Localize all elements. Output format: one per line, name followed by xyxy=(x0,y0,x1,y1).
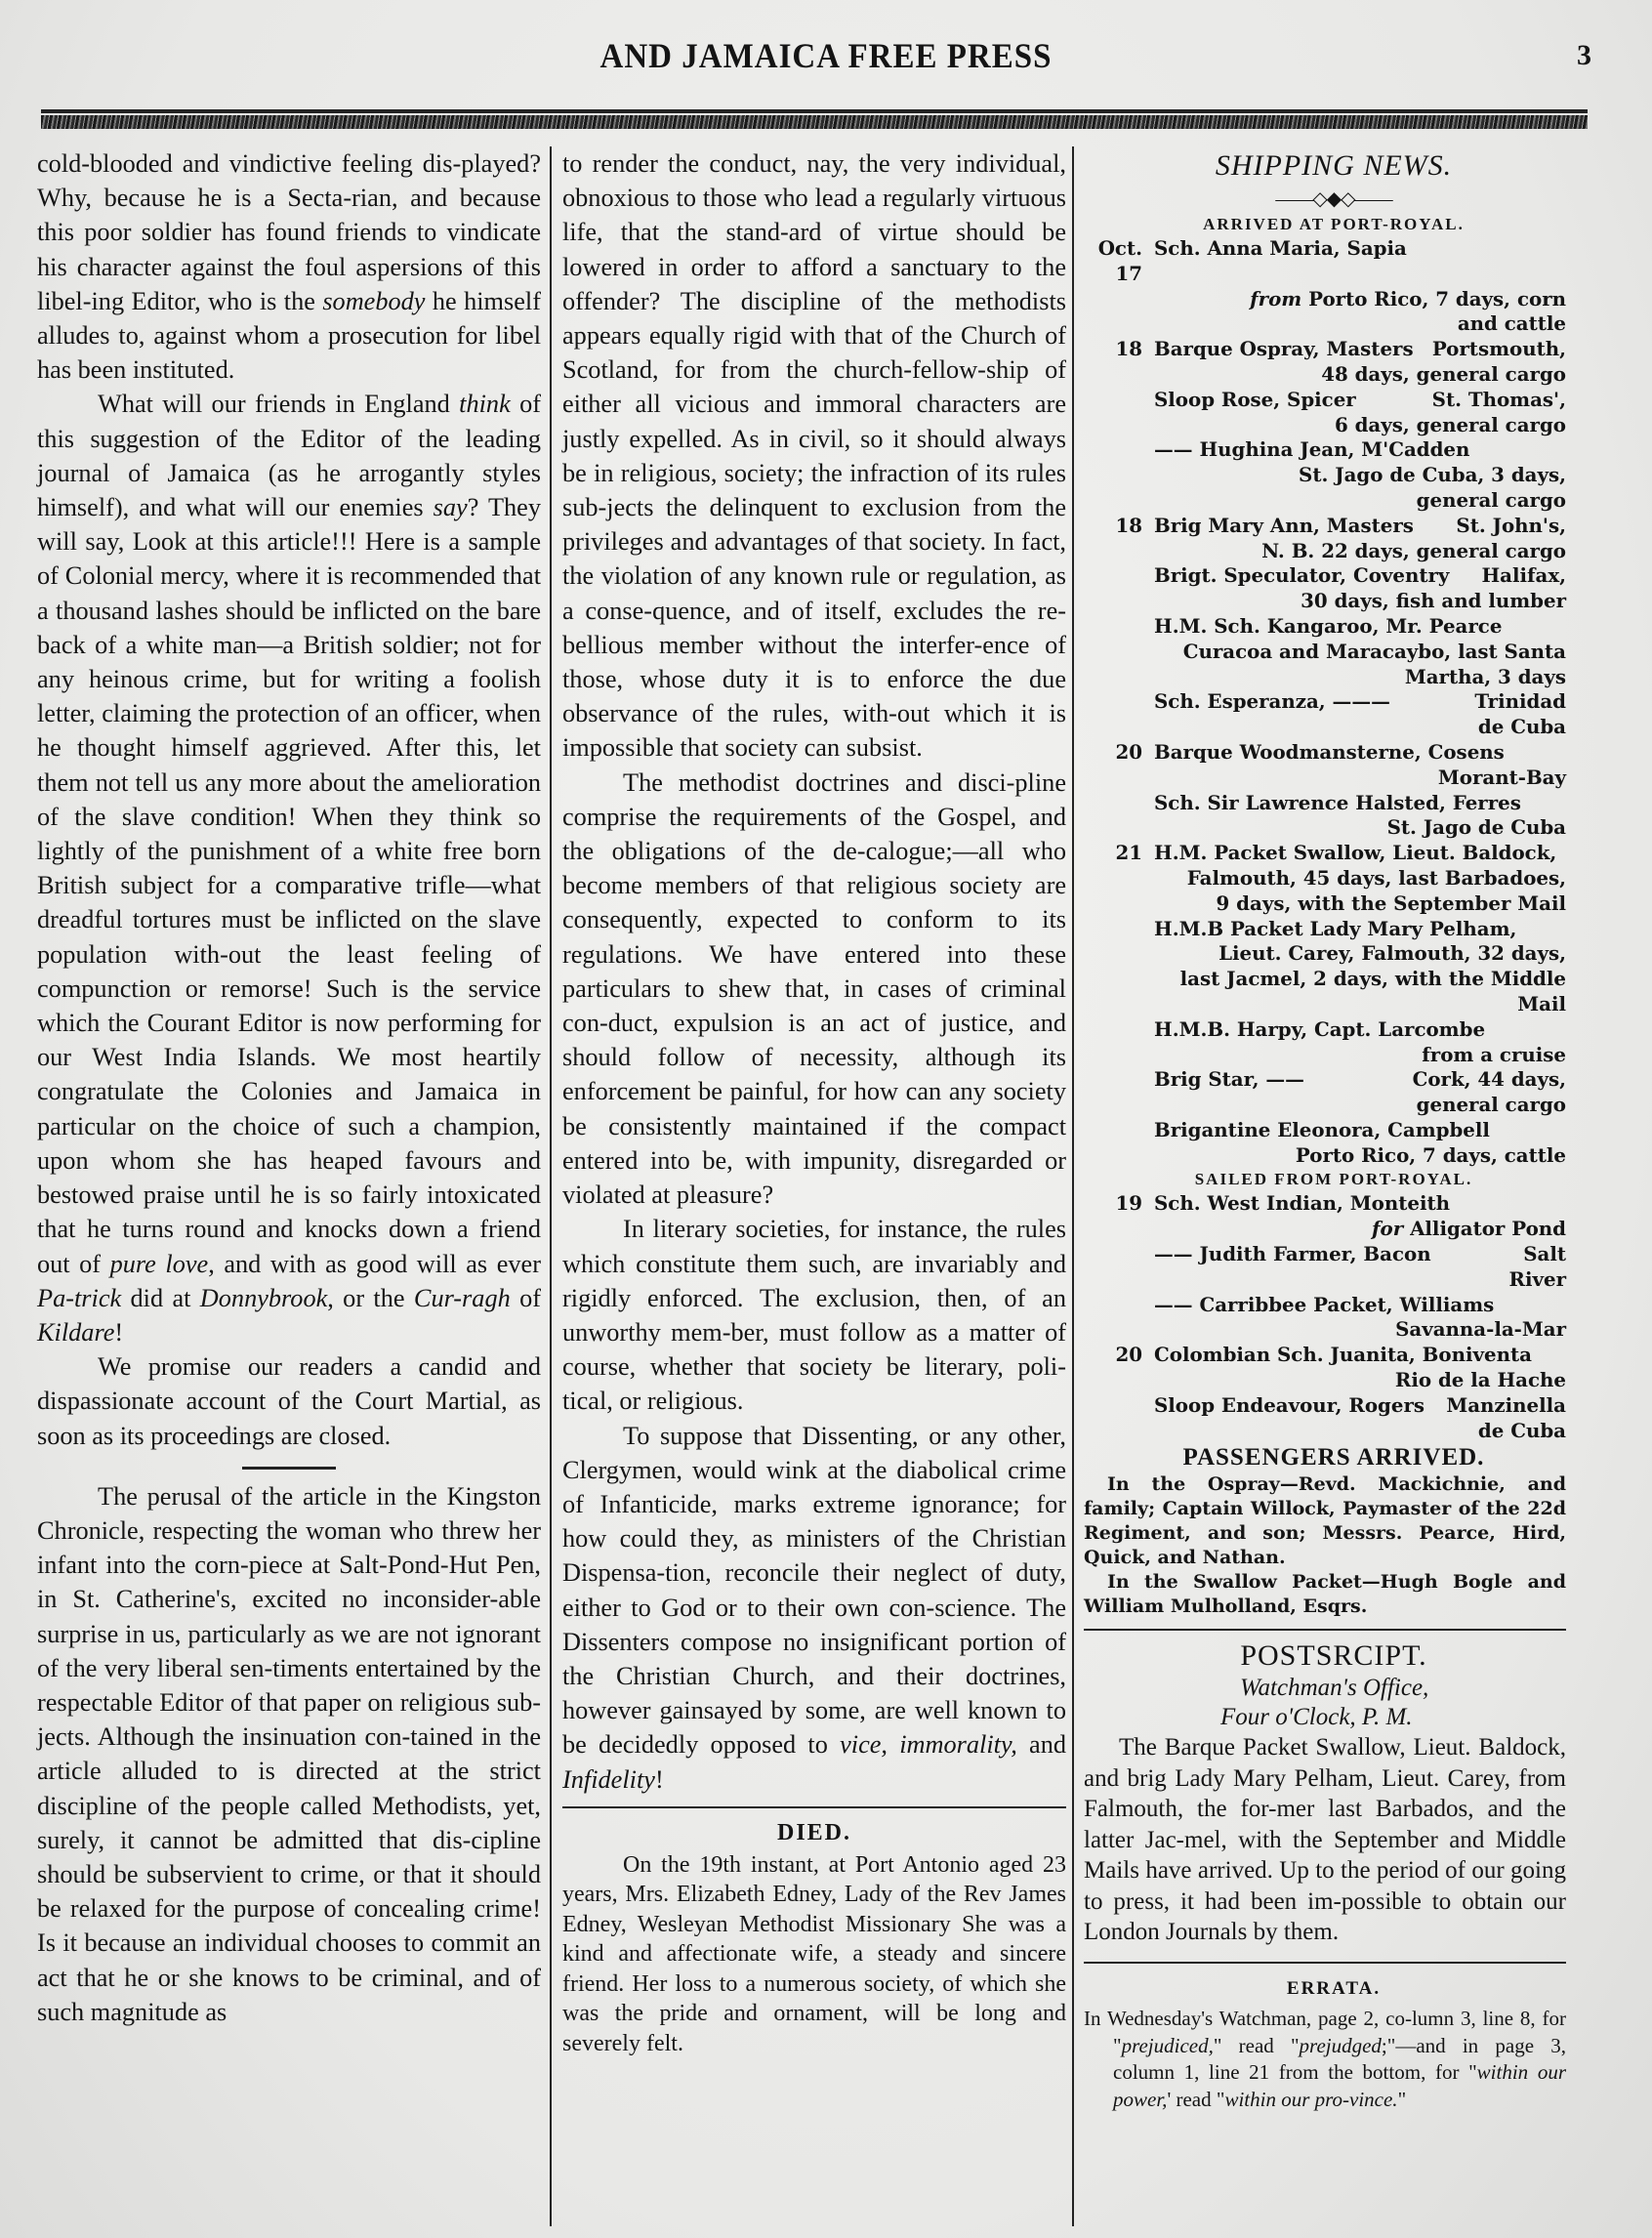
header-rule xyxy=(41,109,1588,113)
arrival-date xyxy=(1084,1067,1154,1093)
arrival-date xyxy=(1084,614,1154,640)
arrival-entry: Sloop Rose, SpicerSt. Thomas',6 days, ge… xyxy=(1084,388,1584,438)
arrival-row: Sch. Esperanza, ———Trinidad xyxy=(1084,689,1584,715)
arrival-vessel-line: H.M. Sch. Kangaroo, Mr. Pearce xyxy=(1154,614,1584,640)
arrival-entry: Sch. Sir Lawrence Halsted, FerresSt. Jag… xyxy=(1084,791,1584,842)
arrival-entry: 21H.M. Packet Swallow, Lieut. Baldock,Fa… xyxy=(1084,841,1584,916)
vessel-name: H.M. Sch. Kangaroo, Mr. Pearce xyxy=(1154,614,1502,640)
for-label: for xyxy=(1372,1217,1410,1240)
passenger-entry: In the Swallow Packet—Hugh Bogle and Wil… xyxy=(1084,1570,1566,1619)
arrival-vessel-line: H.M.B. Harpy, Capt. Larcombe xyxy=(1154,1017,1584,1043)
vessel-name: Sch. Sir Lawrence Halsted, Ferres xyxy=(1154,791,1521,816)
arrival-entry: Brig Star, ——Cork, 44 days,general cargo xyxy=(1084,1067,1584,1118)
arrival-entry: —— Hughina Jean, M'CaddenSt. Jago de Cub… xyxy=(1084,437,1584,513)
departure-entry: —— Carribbee Packet, WilliamsSavanna-la-… xyxy=(1084,1293,1584,1344)
vessel-detail: from a cruise xyxy=(1084,1043,1584,1068)
arrival-entry: Brigt. Speculator, CoventryHalifax,30 da… xyxy=(1084,563,1584,614)
vessel-name: Sloop Rose, Spicer xyxy=(1154,388,1356,413)
vessel-name: Sch. Esperanza, ——— xyxy=(1154,689,1390,715)
postscript-time: Four o'Clock, P. M. xyxy=(1084,1703,1584,1732)
vessel-name: Barque Ospray, Masters xyxy=(1154,337,1414,362)
arrival-vessel-line: Barque Ospray, MastersPortsmouth, xyxy=(1154,337,1584,362)
arrival-date xyxy=(1084,563,1154,589)
errata-heading: ERRATA. xyxy=(1084,1971,1584,2006)
arrival-row: 20Barque Woodmansterne, Cosens xyxy=(1084,740,1584,766)
vessel-name: —— Carribbee Packet, Williams xyxy=(1154,1293,1494,1318)
newspaper-page: AND JAMAICA FREE PRESS 3 cold-blooded an… xyxy=(0,0,1652,2238)
departure-row: 20Colombian Sch. Juanita, Boniventa xyxy=(1084,1343,1584,1368)
vessel-name: Sloop Endeavour, Rogers xyxy=(1154,1393,1425,1419)
arrival-vessel-line: Sch. Esperanza, ———Trinidad xyxy=(1154,689,1584,715)
vessel-destination: Manzinella xyxy=(1446,1393,1566,1419)
masthead-title: AND JAMAICA FREE PRESS xyxy=(0,37,1652,77)
section-divider xyxy=(1084,1629,1566,1631)
arrival-row: Oct. 17Sch. Anna Maria, Sapia xyxy=(1084,236,1584,287)
vessel-detail: last Jacmel, 2 days, with the Middle xyxy=(1084,967,1584,992)
arrival-row: H.M.B. Harpy, Capt. Larcombe xyxy=(1084,1017,1584,1043)
page-number: 3 xyxy=(1577,39,1591,72)
arrival-entry: Oct. 17Sch. Anna Maria, Sapiafrom Porto … xyxy=(1084,236,1584,337)
sailed-heading: SAILED FROM PORT-ROYAL. xyxy=(1084,1168,1584,1191)
passengers-list: In the Ospray—Revd. Mackichnie, and fami… xyxy=(1084,1472,1584,1619)
vessel-detail: de Cuba xyxy=(1084,715,1584,740)
arrival-row: H.M. Sch. Kangaroo, Mr. Pearce xyxy=(1084,614,1584,640)
vessel-origin: St. Thomas', xyxy=(1432,388,1566,413)
vessel-destination: River xyxy=(1084,1267,1584,1293)
vessel-detail: Morant-Bay xyxy=(1084,766,1584,791)
arrival-vessel-line: Sloop Rose, SpicerSt. Thomas', xyxy=(1154,388,1584,413)
departure-vessel-line: Sloop Endeavour, RogersManzinella xyxy=(1154,1393,1584,1419)
vessel-detail: from Porto Rico, 7 days, corn xyxy=(1084,287,1584,312)
arrival-vessel-line: Brigantine Eleonora, Campbell xyxy=(1154,1118,1584,1143)
vessel-name: Sch. Anna Maria, Sapia xyxy=(1154,236,1407,287)
arrival-entry: 18Brig Mary Ann, MastersSt. John's,N. B.… xyxy=(1084,514,1584,564)
vessel-destination: de Cuba xyxy=(1084,1419,1584,1444)
arrival-vessel-line: Brig Mary Ann, MastersSt. John's, xyxy=(1154,514,1584,539)
arrival-entry: H.M.B Packet Lady Mary Pelham,Lieut. Car… xyxy=(1084,917,1584,1017)
vessel-destination: Rio de la Hache xyxy=(1084,1368,1584,1393)
obituary-text: On the 19th instant, at Port Antonio age… xyxy=(562,1850,1066,2059)
departure-date: 19 xyxy=(1084,1191,1154,1217)
vessel-name: Sch. West Indian, Monteith xyxy=(1154,1191,1450,1217)
departure-entry: 20Colombian Sch. Juanita, BoniventaRio d… xyxy=(1084,1343,1584,1393)
arrivals-list: Oct. 17Sch. Anna Maria, Sapiafrom Porto … xyxy=(1084,236,1584,1168)
arrival-row: Brigt. Speculator, CoventryHalifax, xyxy=(1084,563,1584,589)
departure-row: Sloop Endeavour, RogersManzinella xyxy=(1084,1393,1584,1419)
header-ornamental-band xyxy=(41,115,1588,129)
arrival-entry: Brigantine Eleonora, CampbellPorto Rico,… xyxy=(1084,1118,1584,1169)
vessel-destination: Salt xyxy=(1523,1242,1566,1267)
arrival-row: Sch. Sir Lawrence Halsted, Ferres xyxy=(1084,791,1584,816)
arrival-date: 18 xyxy=(1084,337,1154,362)
article-paragraph: The methodist doctrines and disci-pline … xyxy=(562,766,1066,1213)
article-paragraph: to render the conduct, nay, the very ind… xyxy=(562,146,1066,766)
arrival-row: —— Hughina Jean, M'Cadden xyxy=(1084,437,1584,463)
article-paragraph: We promise our readers a candid and disp… xyxy=(37,1349,541,1453)
arrival-row: 18Brig Mary Ann, MastersSt. John's, xyxy=(1084,514,1584,539)
vessel-name: Brig Star, —— xyxy=(1154,1067,1304,1093)
vessel-name: —— Hughina Jean, M'Cadden xyxy=(1154,437,1469,463)
vessel-name: Brig Mary Ann, Masters xyxy=(1154,514,1414,539)
vessel-origin: Porto Rico, 7 days, corn xyxy=(1308,287,1566,311)
arrival-row: 21H.M. Packet Swallow, Lieut. Baldock, xyxy=(1084,841,1584,866)
passenger-entry: In the Ospray—Revd. Mackichnie, and fami… xyxy=(1084,1472,1566,1570)
vessel-origin: Cork, 44 days, xyxy=(1413,1067,1566,1093)
vessel-detail: and cattle xyxy=(1084,311,1584,337)
departure-vessel-line: Sch. West Indian, Monteith xyxy=(1154,1191,1584,1217)
vessel-detail: 6 days, general cargo xyxy=(1084,413,1584,438)
arrival-date: 20 xyxy=(1084,740,1154,766)
vessel-destination: Alligator Pond xyxy=(1410,1217,1566,1240)
masthead: AND JAMAICA FREE PRESS 3 xyxy=(0,39,1652,88)
arrival-vessel-line: Sch. Anna Maria, Sapia xyxy=(1154,236,1584,287)
arrival-date xyxy=(1084,689,1154,715)
section-divider xyxy=(1084,1962,1566,1964)
errata-text: In Wednesday's Watchman, page 2, co-lumn… xyxy=(1084,2006,1584,2113)
departure-entry: 19Sch. West Indian, Monteithfor Alligato… xyxy=(1084,1191,1584,1242)
arrival-vessel-line: Brigt. Speculator, CoventryHalifax, xyxy=(1154,563,1584,589)
arrival-vessel-line: Brig Star, ——Cork, 44 days, xyxy=(1154,1067,1584,1093)
arrival-date: 18 xyxy=(1084,514,1154,539)
column-1: cold-blooded and vindictive feeling dis-… xyxy=(37,146,541,2029)
vessel-origin: Halifax, xyxy=(1481,563,1566,589)
vessel-detail: 9 days, with the September Mail xyxy=(1084,891,1584,917)
passengers-heading: PASSENGERS ARRIVED. xyxy=(1084,1443,1584,1472)
column-2: to render the conduct, nay, the very ind… xyxy=(562,146,1066,2058)
arrival-entry: 18Barque Ospray, MastersPortsmouth,48 da… xyxy=(1084,337,1584,388)
vessel-detail: Curacoa and Maracaybo, last Santa xyxy=(1084,640,1584,665)
arrival-row: Brigantine Eleonora, Campbell xyxy=(1084,1118,1584,1143)
vessel-detail: N. B. 22 days, general cargo xyxy=(1084,539,1584,564)
arrival-vessel-line: Barque Woodmansterne, Cosens xyxy=(1154,740,1584,766)
vessel-name: H.M. Packet Swallow, Lieut. Baldock, xyxy=(1154,841,1556,866)
departures-list: 19Sch. West Indian, Monteithfor Alligato… xyxy=(1084,1191,1584,1443)
departure-row: —— Carribbee Packet, Williams xyxy=(1084,1293,1584,1318)
column-divider xyxy=(550,146,552,2226)
arrival-vessel-line: —— Hughina Jean, M'Cadden xyxy=(1154,437,1584,463)
departure-date xyxy=(1084,1393,1154,1419)
arrival-date xyxy=(1084,1118,1154,1143)
vessel-name: Brigantine Eleonora, Campbell xyxy=(1154,1118,1490,1143)
arrival-vessel-line: H.M. Packet Swallow, Lieut. Baldock, xyxy=(1154,841,1584,866)
vessel-name: Brigt. Speculator, Coventry xyxy=(1154,563,1449,589)
article-paragraph: What will our friends in England think o… xyxy=(37,387,541,1349)
arrival-row: Brig Star, ——Cork, 44 days, xyxy=(1084,1067,1584,1093)
section-divider xyxy=(562,1806,1066,1808)
died-heading: DIED. xyxy=(562,1816,1066,1850)
arrival-date xyxy=(1084,917,1154,942)
departure-row: —— Judith Farmer, BaconSalt xyxy=(1084,1242,1584,1267)
arrival-date xyxy=(1084,791,1154,816)
vessel-name: H.M.B. Harpy, Capt. Larcombe xyxy=(1154,1017,1485,1043)
arrival-entry: H.M.B. Harpy, Capt. Larcombefrom a cruis… xyxy=(1084,1017,1584,1068)
vessel-detail: Lieut. Carey, Falmouth, 32 days, xyxy=(1084,941,1584,967)
vessel-origin: Trinidad xyxy=(1474,689,1566,715)
arrival-date: 21 xyxy=(1084,841,1154,866)
departure-vessel-line: Colombian Sch. Juanita, Boniventa xyxy=(1154,1343,1584,1368)
column-divider xyxy=(1072,146,1074,2226)
postscript-text: The Barque Packet Swallow, Lieut. Baldoc… xyxy=(1084,1732,1584,1948)
departure-date xyxy=(1084,1293,1154,1318)
vessel-detail: Mail xyxy=(1084,992,1584,1017)
departure-date: 20 xyxy=(1084,1343,1154,1368)
arrival-row: Sloop Rose, SpicerSt. Thomas', xyxy=(1084,388,1584,413)
vessel-detail: Falmouth, 45 days, last Barbadoes, xyxy=(1084,866,1584,891)
vessel-destination: Savanna-la-Mar xyxy=(1084,1317,1584,1343)
section-divider xyxy=(242,1467,336,1470)
arrival-row: 18Barque Ospray, MastersPortsmouth, xyxy=(1084,337,1584,362)
departure-date xyxy=(1084,1242,1154,1267)
article-paragraph: The perusal of the article in the Kingst… xyxy=(37,1479,541,2029)
arrival-entry: Sch. Esperanza, ———Trinidadde Cuba xyxy=(1084,689,1584,740)
vessel-origin: St. John's, xyxy=(1456,514,1566,539)
vessel-detail: St. Jago de Cuba, 3 days, xyxy=(1084,463,1584,488)
vessel-detail: Porto Rico, 7 days, cattle xyxy=(1084,1143,1584,1169)
article-paragraph: To suppose that Dissenting, or any other… xyxy=(562,1419,1066,1797)
vessel-detail: general cargo xyxy=(1084,488,1584,514)
vessel-name: H.M.B Packet Lady Mary Pelham, xyxy=(1154,917,1516,942)
arrival-date xyxy=(1084,437,1154,463)
departure-vessel-line: —— Carribbee Packet, Williams xyxy=(1154,1293,1584,1318)
departure-row: 19Sch. West Indian, Monteith xyxy=(1084,1191,1584,1217)
article-paragraph: In literary societies, for instance, the… xyxy=(562,1212,1066,1418)
departure-entry: —— Judith Farmer, BaconSaltRiver xyxy=(1084,1242,1584,1293)
arrival-row: H.M.B Packet Lady Mary Pelham, xyxy=(1084,917,1584,942)
arrival-date xyxy=(1084,388,1154,413)
arrival-vessel-line: Sch. Sir Lawrence Halsted, Ferres xyxy=(1154,791,1584,816)
vessel-name: Colombian Sch. Juanita, Boniventa xyxy=(1154,1343,1532,1368)
postscript-office: Watchman's Office, xyxy=(1084,1674,1584,1703)
vessel-origin: Portsmouth, xyxy=(1432,337,1566,362)
departure-vessel-line: —— Judith Farmer, BaconSalt xyxy=(1154,1242,1584,1267)
vessel-name: —— Judith Farmer, Bacon xyxy=(1154,1242,1431,1267)
vessel-name: Barque Woodmansterne, Cosens xyxy=(1154,740,1505,766)
article-paragraph: cold-blooded and vindictive feeling dis-… xyxy=(37,146,541,387)
arrival-vessel-line: H.M.B Packet Lady Mary Pelham, xyxy=(1154,917,1584,942)
arrival-entry: 20Barque Woodmansterne, CosensMorant-Bay xyxy=(1084,740,1584,791)
vessel-destination-line: for Alligator Pond xyxy=(1084,1217,1584,1242)
vessel-detail: 48 days, general cargo xyxy=(1084,362,1584,388)
vessel-detail: St. Jago de Cuba xyxy=(1084,815,1584,841)
ornament-divider-icon: ——◇◆◇—— xyxy=(1084,186,1584,213)
from-label: from xyxy=(1250,287,1308,311)
column-3: SHIPPING NEWS. ——◇◆◇—— ARRIVED AT PORT-R… xyxy=(1084,146,1584,2113)
arrival-date xyxy=(1084,1017,1154,1043)
arrival-entry: H.M. Sch. Kangaroo, Mr. PearceCuracoa an… xyxy=(1084,614,1584,689)
vessel-detail: 30 days, fish and lumber xyxy=(1084,589,1584,614)
vessel-detail: general cargo xyxy=(1084,1093,1584,1118)
arrived-heading: ARRIVED AT PORT-ROYAL. xyxy=(1084,213,1584,236)
vessel-detail: Martha, 3 days xyxy=(1084,665,1584,690)
shipping-news-heading: SHIPPING NEWS. xyxy=(1084,146,1584,186)
departure-entry: Sloop Endeavour, RogersManzinellade Cuba xyxy=(1084,1393,1584,1444)
postscript-heading: POSTSRCIPT. xyxy=(1084,1638,1584,1674)
arrival-date: Oct. 17 xyxy=(1084,236,1154,287)
